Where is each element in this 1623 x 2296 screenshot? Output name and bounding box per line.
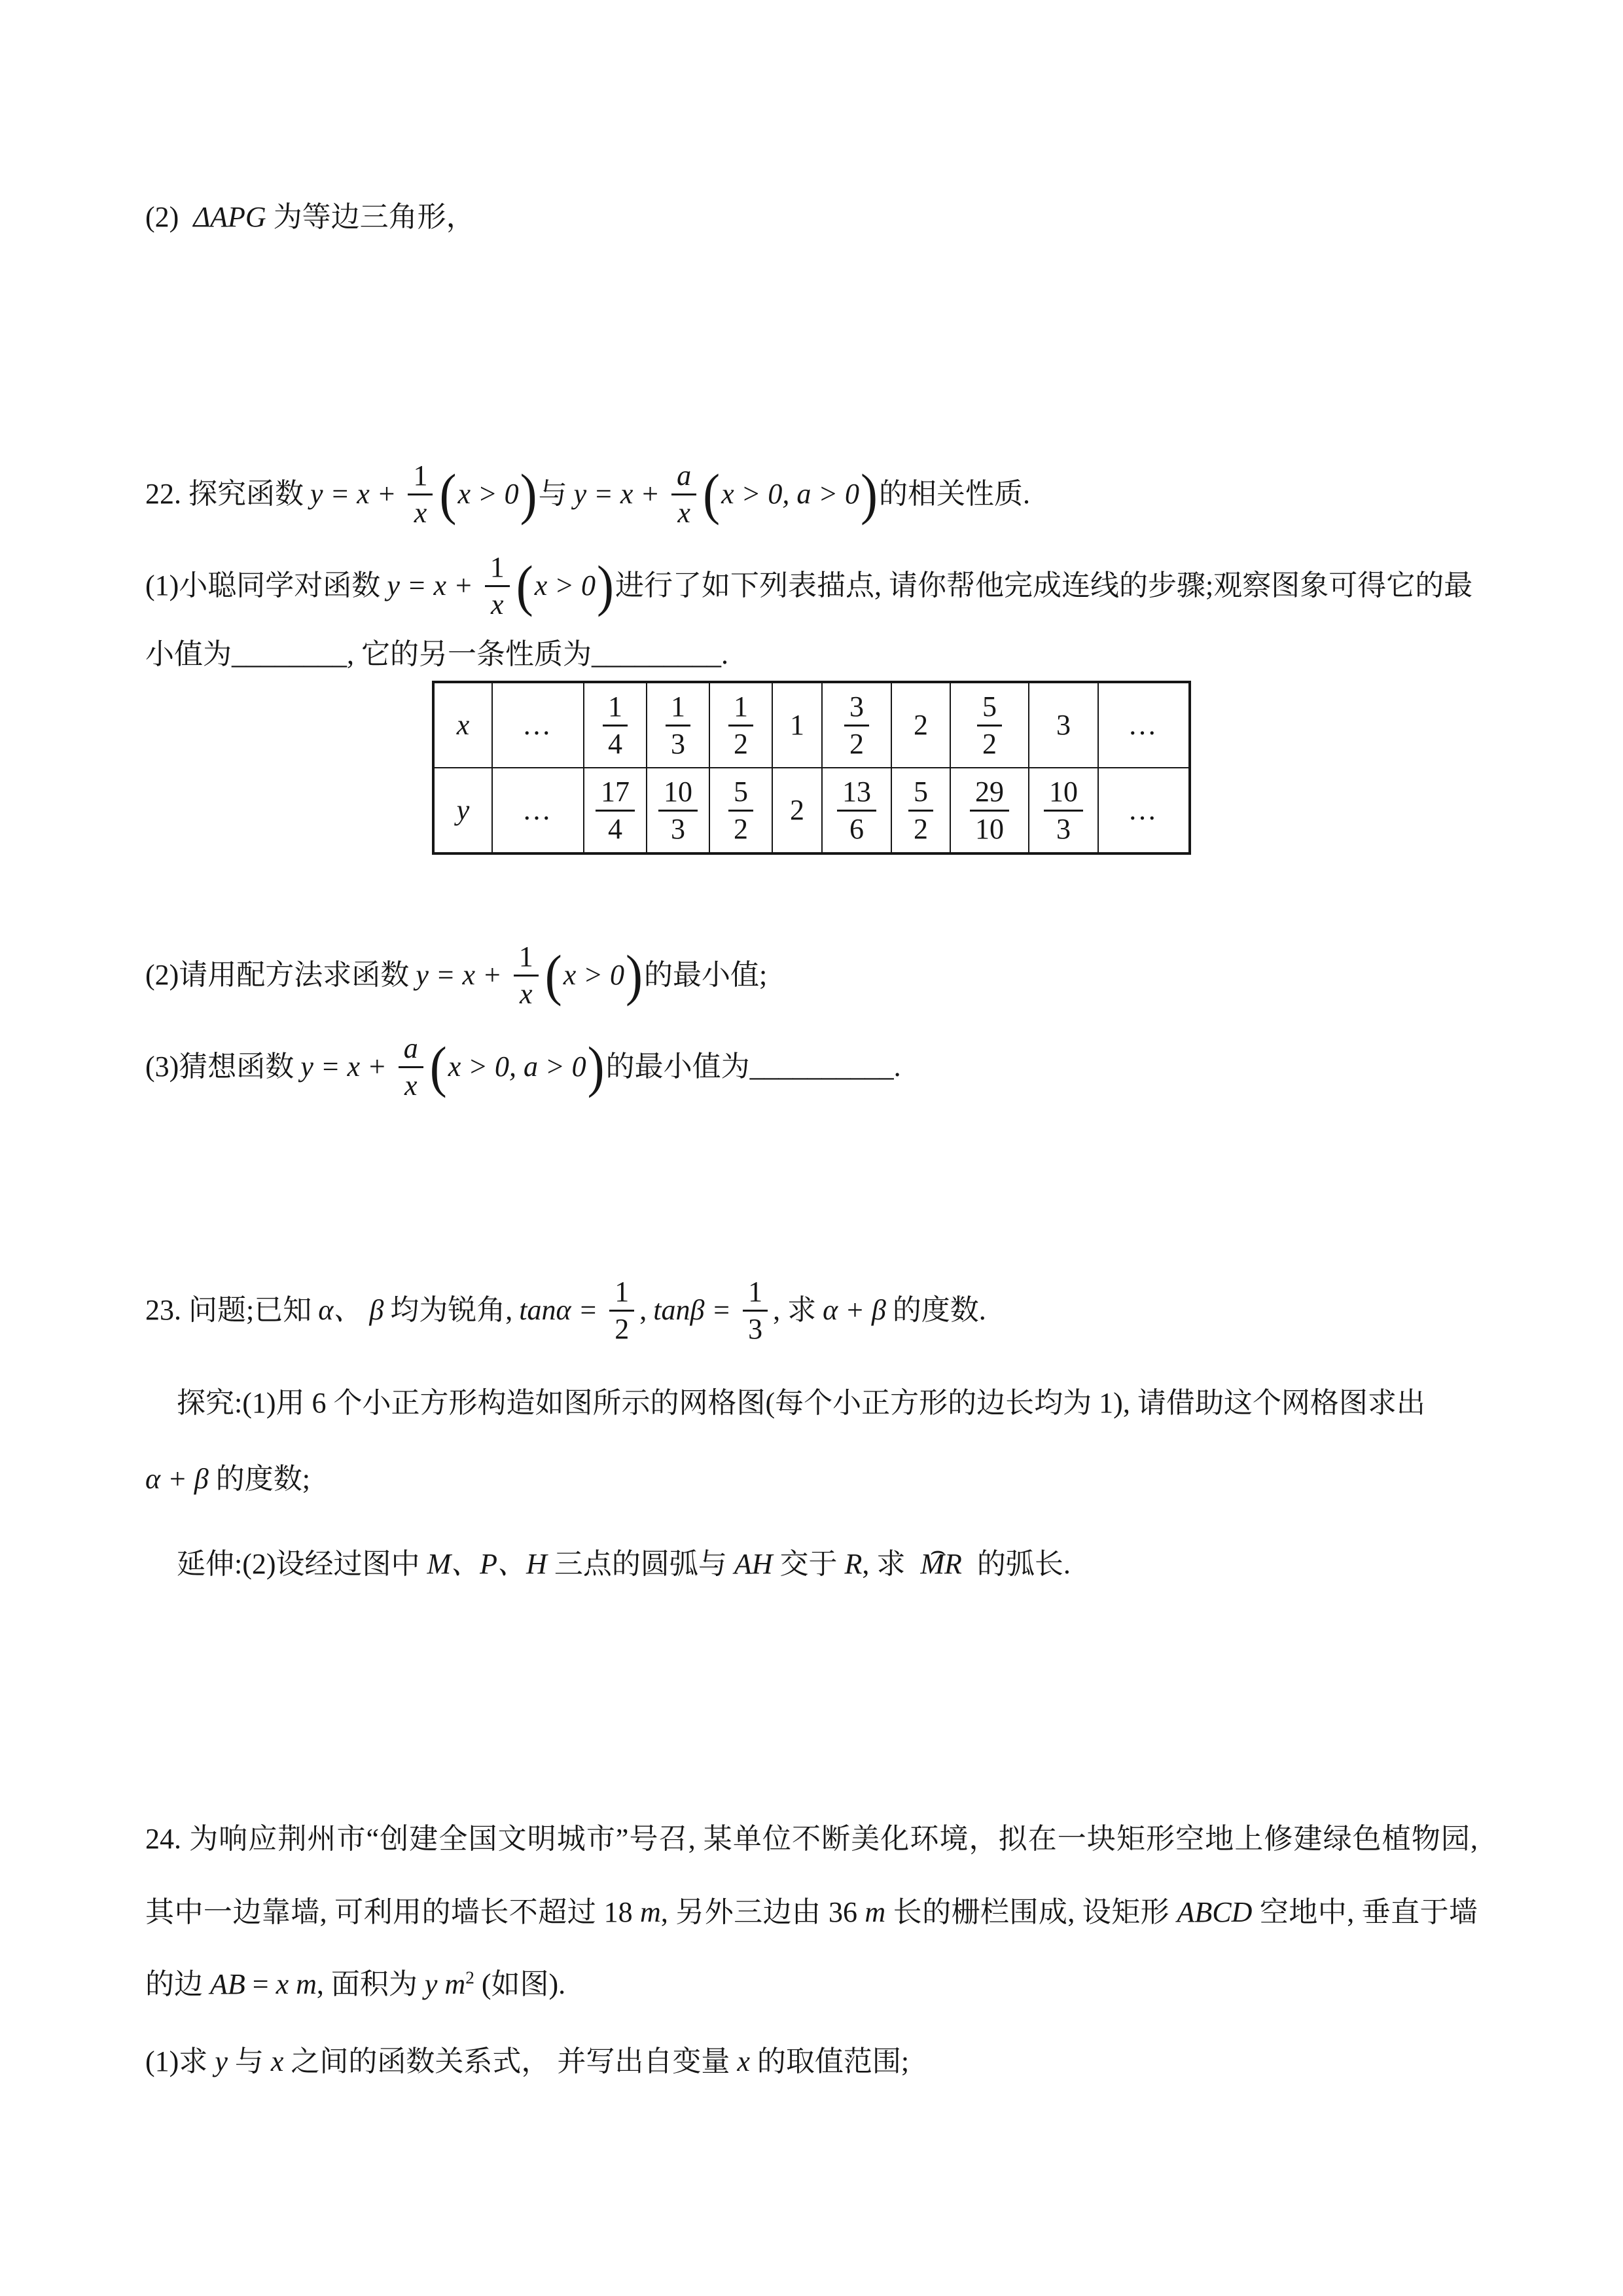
formula-lead: y = x + — [387, 565, 473, 607]
table-cell: … — [1098, 768, 1190, 853]
alpha-plus-beta: α + β — [823, 1289, 886, 1331]
denominator: 2 — [908, 812, 933, 845]
text-run: 的最小值为 — [606, 1046, 750, 1088]
denominator: 3 — [666, 726, 690, 760]
question-number: 24. — [145, 1823, 181, 1855]
denominator: 10 — [970, 812, 1009, 845]
denominator: 2 — [609, 1312, 634, 1345]
fraction: 174 — [596, 776, 635, 845]
condition: x > 0, a > 0 — [448, 1046, 586, 1088]
question-22-part1-line1: (1)小聪同学对函数 y = x +1x(x > 0) 进行了如下列表描点, 请… — [145, 527, 1478, 645]
fraction: 136 — [837, 776, 876, 845]
text-run: 的度数. — [893, 1289, 986, 1331]
numerator: 1 — [728, 691, 753, 726]
table-cell: 174 — [584, 768, 647, 853]
question-22-part1-line2: 小值为________, 它的另一条性质为_________. — [145, 634, 1478, 675]
left-paren: ( — [545, 946, 562, 1003]
text-run: 探究:(1)用 6 个小正方形构造如图所示的网格图(每个小正方形的边长均为 1)… — [177, 1387, 1425, 1419]
text-run: , 求 — [862, 1548, 905, 1580]
text-run: 的度数; — [216, 1463, 310, 1495]
question-22-part3: (3)猜想函数 y = x +ax(x > 0, a > 0) 的最小值为___… — [145, 1008, 1478, 1126]
text-run: 交于 — [780, 1548, 838, 1580]
text-run: . — [721, 638, 728, 670]
question-23-extend: 延伸:(2)设经过图中 M、P、H 三点的圆弧与 AH 交于 R, 求 ⌢MR … — [145, 1543, 1478, 1585]
table-cell: 52 — [950, 682, 1029, 768]
text-run: (如图). — [474, 1968, 565, 2000]
row-label-y: y — [433, 768, 492, 853]
formula-lead: y = x + — [416, 954, 501, 996]
text-run: 之间的函数关系式， 并写出自变量 — [283, 2045, 737, 2077]
table-row-y: y … 174 103 52 2 136 52 2910 103 … — [433, 768, 1190, 853]
text-run: 空地中, 垂直于墙 — [1252, 1896, 1478, 1928]
point-r: R — [845, 1548, 863, 1580]
formula-lead: y = x + — [310, 473, 396, 515]
question-24-line2: 其中一边靠墙, 可利用的墙长不超过 18 m, 另外三边由 36 m 长的栅栏围… — [145, 1892, 1478, 1933]
denominator: x — [486, 587, 509, 620]
text-run: , 它的另一条性质为 — [347, 638, 592, 670]
tan-beta: tanβ = — [653, 1289, 731, 1331]
fraction: ax — [399, 1032, 423, 1102]
denominator: x — [409, 495, 433, 529]
condition: x > 0 — [563, 954, 624, 996]
table-cell: … — [1098, 682, 1190, 768]
fraction: 1x — [514, 941, 539, 1010]
numerator: 5 — [908, 776, 933, 811]
alpha-plus-beta: α + β — [145, 1463, 209, 1495]
denominator: 6 — [844, 812, 869, 845]
answer-blank: ________ — [232, 638, 347, 670]
fraction: 103 — [658, 776, 698, 845]
text-run: 为响应荆州市“创建全国文明城市”号召, 某单位不断美化环境，拟在一块矩形空地上修… — [189, 1823, 1478, 1855]
denominator: 2 — [844, 726, 869, 760]
table-cell: 103 — [1029, 768, 1098, 853]
points-mph: M、P、H — [427, 1548, 547, 1580]
numerator: 1 — [743, 1276, 768, 1311]
var-x: x — [271, 2045, 284, 2077]
condition: x > 0 — [457, 473, 518, 515]
greek-angles: α、 β — [318, 1289, 383, 1331]
denominator: 3 — [666, 812, 690, 845]
fraction: 13 — [666, 691, 690, 760]
denominator: 2 — [728, 812, 753, 845]
squared-exponent: 2 — [465, 1967, 474, 1987]
table-cell: 2910 — [950, 768, 1029, 853]
text-run: 的取值范围; — [750, 2045, 909, 2077]
denominator: 3 — [743, 1312, 768, 1345]
text-run: 小值为 — [145, 638, 232, 670]
numerator: 1 — [514, 941, 539, 976]
denominator: 2 — [728, 726, 753, 760]
text-run: 与 — [539, 473, 567, 515]
table-cell: 1 — [772, 682, 822, 768]
question-24-line1: 24. 为响应荆州市“创建全国文明城市”号召, 某单位不断美化环境，拟在一块矩形… — [145, 1818, 1478, 1860]
table-cell: 13 — [647, 682, 709, 768]
side-ab: AB — [210, 1968, 245, 2000]
question-23-explore: 探究:(1)用 6 个小正方形构造如图所示的网格图(每个小正方形的边长均为 1)… — [145, 1382, 1478, 1424]
text-run: (1)小聪同学对函数 — [145, 565, 380, 607]
numerator: 3 — [844, 691, 869, 726]
unit-m: m — [865, 1896, 885, 1928]
text-run: (2)请用配方法求函数 — [145, 954, 409, 996]
x-m: x m — [276, 1968, 317, 2000]
numerator: 10 — [1044, 776, 1083, 811]
fraction: ax — [671, 459, 696, 529]
table-cell: 52 — [709, 768, 772, 853]
text-run: (3)猜想函数 — [145, 1046, 294, 1088]
fraction: 14 — [603, 691, 628, 760]
table-cell: 52 — [891, 768, 950, 853]
numerator: a — [399, 1032, 423, 1067]
value-table: x … 14 13 12 1 32 2 52 3 … y … 174 103 5… — [432, 681, 1191, 855]
question-23-explore-line2: α + β 的度数; — [145, 1458, 1478, 1500]
right-paren: ) — [597, 557, 614, 614]
denominator: 3 — [1051, 812, 1076, 845]
triangle-expression: ΔAPG — [193, 201, 266, 233]
text-run: 的最小值; — [644, 954, 767, 996]
segment-ah: AH — [734, 1548, 773, 1580]
numerator: 29 — [970, 776, 1009, 811]
table-cell: 2 — [772, 768, 822, 853]
denominator: x — [672, 495, 696, 529]
text-run: 进行了如下列表描点, 请你帮他完成连线的步骤;观察图象可得它的最 — [615, 565, 1472, 607]
answer-blank: __________ — [750, 1046, 894, 1088]
text-run: 与 — [228, 2045, 271, 2077]
right-paren: ) — [588, 1038, 605, 1095]
right-paren: ) — [520, 465, 537, 522]
numerator: 1 — [609, 1276, 634, 1311]
table-cell: 103 — [647, 768, 709, 853]
text-run: 延伸:(2)设经过图中 — [177, 1548, 420, 1580]
condition: x > 0, a > 0 — [721, 473, 859, 515]
fraction: 13 — [743, 1276, 768, 1345]
numerator: 5 — [977, 691, 1002, 726]
text-run: 均为锐角, — [390, 1289, 512, 1331]
numerator: 1 — [666, 691, 690, 726]
fraction: 52 — [977, 691, 1002, 760]
numerator: 1 — [603, 691, 628, 726]
rect-abcd: ABCD — [1177, 1896, 1253, 1928]
formula-lead: y = x + — [574, 473, 660, 515]
var-y: y — [215, 2045, 228, 2077]
statement-text: 为等边三角形， — [274, 201, 475, 233]
table-cell: 14 — [584, 682, 647, 768]
right-paren: ) — [861, 465, 878, 522]
denominator: 2 — [977, 726, 1002, 760]
question-23-head: 23. 问题;已知 α、 β 均为锐角, tanα =12,tanβ =13 ,… — [145, 1251, 1478, 1369]
question-number: 22. — [145, 473, 181, 515]
fraction: 12 — [609, 1276, 634, 1345]
denominator: x — [514, 977, 538, 1010]
text-run: 其中一边靠墙, 可利用的墙长不超过 18 — [145, 1896, 640, 1928]
text-run: 长的栅栏围成, 设矩形 — [885, 1896, 1177, 1928]
fraction: 1x — [485, 551, 510, 620]
arc-symbol: ⌢ — [930, 1531, 946, 1573]
question-24-line3: 的边 AB = x m, 面积为 y m2 (如图). — [145, 1964, 1478, 2005]
table-cell: 3 — [1029, 682, 1098, 768]
problem-part2-statement: (2) ΔAPG 为等边三角形， — [145, 196, 1478, 238]
arc-mr: ⌢MR — [920, 1543, 962, 1585]
fraction: 52 — [908, 776, 933, 845]
text-run: . — [894, 1046, 901, 1088]
row-label-x: x — [433, 682, 492, 768]
tan-alpha: tanα = — [519, 1289, 597, 1331]
left-paren: ( — [703, 465, 720, 522]
fraction: 52 — [728, 776, 753, 845]
text-run: (1)求 — [145, 2045, 215, 2077]
table-cell: 136 — [822, 768, 891, 853]
numerator: 13 — [837, 776, 876, 811]
denominator: 4 — [603, 726, 628, 760]
denominator: 4 — [603, 812, 628, 845]
formula-lead: y = x + — [300, 1046, 386, 1088]
table-cell: 12 — [709, 682, 772, 768]
text-run: , 求 — [773, 1289, 816, 1331]
question-24-part1: (1)求 y 与 x 之间的函数关系式， 并写出自变量 x 的取值范围; — [145, 2041, 1478, 2083]
left-paren: ( — [430, 1038, 447, 1095]
item-number: (2) — [145, 201, 179, 233]
text-run: = — [245, 1968, 276, 2000]
numerator: 1 — [485, 551, 510, 586]
left-paren: ( — [516, 557, 533, 614]
answer-blank: _________ — [592, 638, 721, 670]
left-paren: ( — [439, 465, 456, 522]
table-cell: … — [492, 682, 584, 768]
text-run: , 另外三边由 36 — [661, 1896, 865, 1928]
text-run: 问题;已知 — [188, 1289, 312, 1331]
text-run: 探究函数 — [188, 473, 304, 515]
y-m: y m — [425, 1968, 465, 2000]
unit-m: m — [640, 1896, 661, 1928]
numerator: 10 — [658, 776, 698, 811]
text-run: , 面积为 — [317, 1968, 425, 2000]
fraction: 32 — [844, 691, 869, 760]
exam-page: (2) ΔAPG 为等边三角形， 22. 探究函数 y = x +1x(x > … — [0, 0, 1623, 2296]
table-cell: … — [492, 768, 584, 853]
table-cell: 32 — [822, 682, 891, 768]
var-x: x — [737, 2045, 750, 2077]
condition: x > 0 — [535, 565, 596, 607]
value-table-container: x … 14 13 12 1 32 2 52 3 … y … 174 103 5… — [145, 681, 1478, 855]
numerator: a — [671, 459, 696, 495]
numerator: 17 — [596, 776, 635, 811]
text-run: 的弧长. — [977, 1548, 1071, 1580]
comma: , — [639, 1289, 647, 1331]
text-run: 的相关性质. — [879, 473, 1030, 515]
numerator: 1 — [408, 459, 433, 495]
fraction: 2910 — [970, 776, 1009, 845]
table-row-x: x … 14 13 12 1 32 2 52 3 … — [433, 682, 1190, 768]
denominator: x — [399, 1068, 423, 1102]
table-cell: 2 — [891, 682, 950, 768]
numerator: 5 — [728, 776, 753, 811]
fraction: 1x — [408, 459, 433, 529]
text-run: 三点的圆弧与 — [554, 1548, 727, 1580]
right-paren: ) — [626, 946, 643, 1003]
text-run: 的边 — [145, 1968, 210, 2000]
question-number: 23. — [145, 1289, 181, 1331]
fraction: 103 — [1044, 776, 1083, 845]
fraction: 12 — [728, 691, 753, 760]
